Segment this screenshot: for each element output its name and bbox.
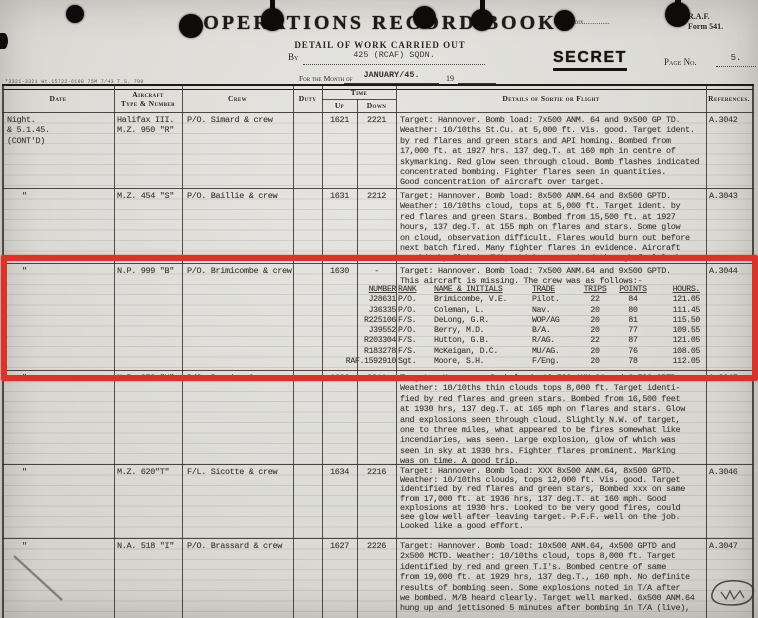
header-details: Details of Sortie or Flight	[396, 94, 706, 103]
row-details: Target: Hannover. Bomb load: 10x500 ANM.…	[400, 541, 706, 614]
header-down: Down	[357, 101, 396, 110]
row-date: "	[22, 541, 128, 551]
sortie-row: " M.Z. 620"T" F/L. Sicotte & crew 1634 2…	[2, 464, 754, 539]
row-details: Target: Hannover. Bomb load: 7x500 ANM. …	[400, 115, 706, 188]
row-aircraft: M.Z. 620"T"	[117, 467, 187, 477]
row-date: "	[22, 191, 128, 201]
row-time-up: 1631	[322, 191, 357, 201]
row-details: Target: Hannover. Bomb load: 8x500 ANM.6…	[400, 191, 706, 264]
punch-hole	[66, 5, 84, 23]
row-time-down: 2221	[357, 115, 396, 125]
page-number-label: Page No.	[664, 57, 697, 67]
punch-hole	[665, 2, 690, 27]
sortie-row: Night. & 5.1.45. (CONT'D) Halifax III. M…	[2, 112, 754, 189]
sortie-row: " M.Z. 454 "S" P/O. Baillie & crew 1631 …	[2, 188, 754, 264]
row-details: Target: Hannover. Bomb load: XXX 8x500 A…	[400, 467, 706, 531]
header-up: Up	[322, 101, 357, 110]
row-crew: F/L. Sicotte & crew	[187, 467, 317, 477]
page-number-value: 5.	[716, 53, 756, 67]
header-crew: Crew	[182, 94, 293, 103]
page-title: OPERATIONS RECORD BOOK	[30, 12, 730, 35]
row-time-up: 1621	[322, 115, 357, 125]
header-aircraft: Aircraft Type & Number	[114, 90, 182, 108]
month-value: JANUARY/45.	[344, 70, 439, 84]
sortie-row: " N.A. 518 "I" P/O. Brassard & crew 1627…	[2, 538, 754, 618]
by-label: By	[288, 52, 298, 62]
row-details: Target : Hannover. Bomb load: 10x500 ANM…	[400, 373, 706, 467]
header-date: Date	[2, 94, 114, 103]
header-duty: Duty	[293, 94, 322, 103]
header-time: Time	[322, 88, 396, 97]
table-header-row: Date Aircraft Type & Number Crew Duty Ti…	[2, 90, 754, 112]
squadron-name: 425 (RCAF) SQDN.	[303, 50, 485, 65]
row-time-up: 1634	[322, 467, 357, 477]
row-time-down: 2216	[357, 467, 396, 477]
row-reference: A.3042	[709, 115, 753, 125]
sortie-row: " N.R. 273 "X" P/O. Perrier & crew 1626 …	[2, 370, 754, 465]
row-reference: A.3046	[709, 467, 753, 477]
ink-blot	[471, 9, 493, 31]
ink-blot	[179, 14, 203, 38]
row-reference: A.3047	[709, 541, 753, 551]
row-time-down: 2226	[357, 541, 396, 551]
row-crew: P/O. Simard & crew	[187, 115, 317, 125]
row-time-down: 2212	[357, 191, 396, 201]
row-date: "	[22, 467, 128, 477]
row-time-up: 1627	[322, 541, 357, 551]
ink-blot	[413, 6, 436, 29]
row-crew: P/O. Brassard & crew	[187, 541, 317, 551]
ink-blot	[0, 33, 8, 49]
row-date: Night. & 5.1.45. (CONT'D)	[7, 115, 113, 146]
ink-blot	[261, 8, 284, 31]
ink-blot	[554, 10, 575, 31]
row-crew: P/O. Baillie & crew	[187, 191, 317, 201]
header-references: References.	[706, 94, 752, 103]
year-prefix: 19	[446, 74, 454, 83]
operations-record-book-page: OPERATIONS RECORD BOOK DETAIL OF WORK CA…	[0, 0, 758, 618]
row-aircraft: M.Z. 454 "S"	[117, 191, 187, 201]
year-blank-line	[458, 70, 496, 84]
red-highlight-box	[1, 255, 758, 381]
raf-form-number: R.A.F. Form 541.	[688, 12, 723, 32]
row-reference: A.3043	[709, 191, 753, 201]
row-aircraft: N.A. 518 "I"	[117, 541, 187, 551]
row-aircraft: Halifax III. M.Z. 950 "R"	[117, 115, 187, 136]
secret-stamp: SECRET	[553, 49, 627, 71]
